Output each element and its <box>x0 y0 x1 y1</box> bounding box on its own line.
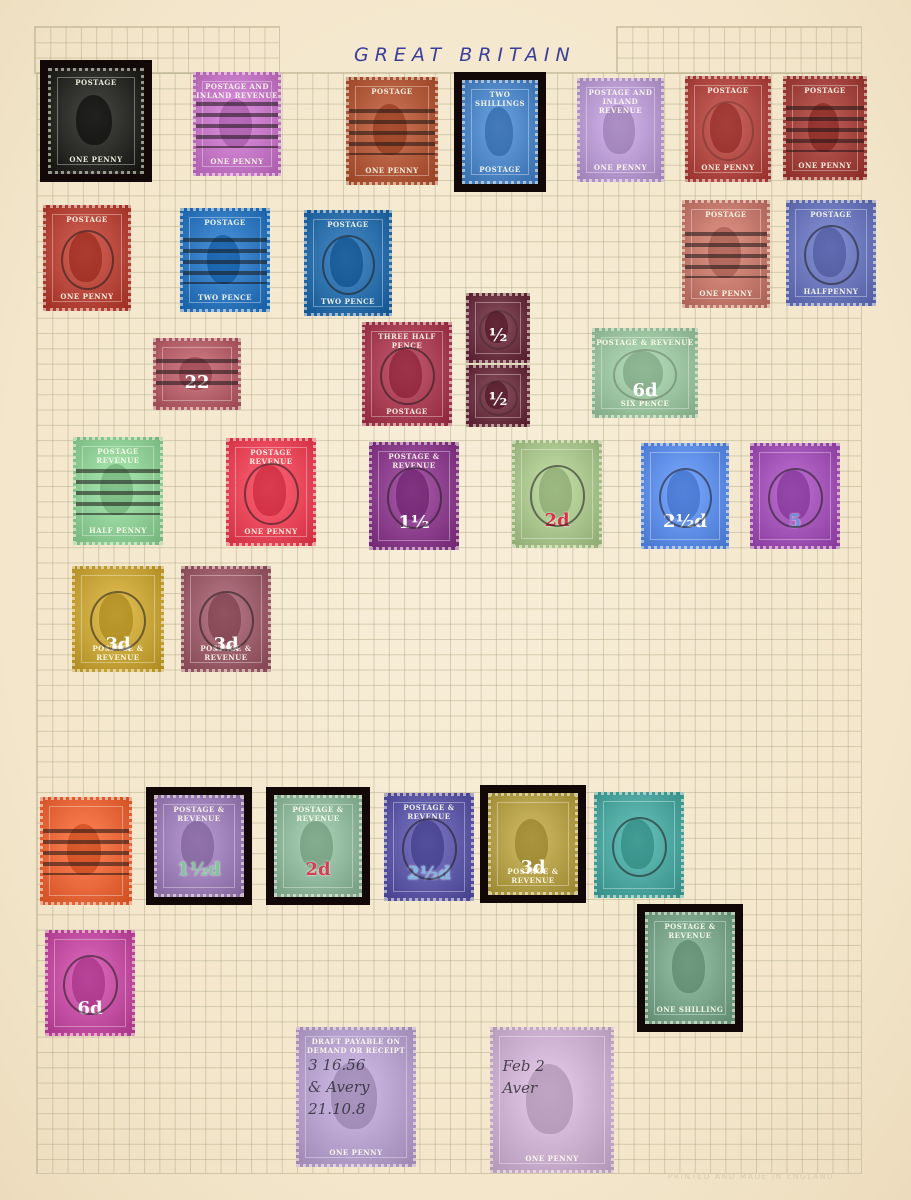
stamp-bottom-label: ONE PENNY <box>349 166 435 175</box>
stamp-top-label: POSTAGE <box>183 218 267 227</box>
stamp-bottom-label: TWO PENCE <box>307 297 389 306</box>
manuscript-cancel: 3 16.56 & Avery 21.10.8 <box>308 1054 369 1120</box>
bar-cancel-icon <box>685 232 767 279</box>
stamp-top-label: POSTAGE & REVENUE <box>595 338 695 347</box>
stamp[interactable]: POSTAGE REVENUEONE PENNY <box>226 438 316 546</box>
stamp-bottom-label: ONE PENNY <box>46 292 128 301</box>
stamp-bottom-label: ONE PENNY <box>786 161 864 170</box>
bar-cancel-icon <box>76 469 160 516</box>
stamp[interactable]: POSTAGE & REVENUE2d <box>274 795 362 897</box>
portrait-icon <box>485 107 513 156</box>
stamp[interactable]: ½ <box>466 293 530 363</box>
stamp-top-label: POSTAGE & REVENUE <box>277 805 359 823</box>
postmark-icon <box>63 955 117 1015</box>
postmark-icon <box>613 349 677 400</box>
postmark-icon <box>804 225 858 285</box>
stamp-top-label: POSTAGE & REVENUE <box>157 805 241 823</box>
stamp-top-label: POSTAGE <box>685 210 767 219</box>
stamp[interactable]: POSTAGEONE PENNY <box>682 200 770 308</box>
stamp-top-label: DRAFT PAYABLE ON DEMAND OR RECEIPT <box>299 1037 413 1055</box>
stamp[interactable]: ½ <box>466 365 530 427</box>
stamp[interactable]: POSTAGE AND INLAND REVENUEONE PENNY <box>193 72 281 176</box>
postmark-icon <box>199 591 253 651</box>
stamp-bottom-label: ONE PENNY <box>229 527 313 536</box>
bar-cancel-icon <box>43 829 129 876</box>
stamp[interactable]: 2½d <box>641 443 729 549</box>
stamp-value: 2d <box>277 859 359 880</box>
stamp-value: 1½d <box>157 859 241 880</box>
stamp[interactable]: POSTAGE & REVENUE1½ <box>369 442 459 550</box>
stamp-top-label: TWO SHILLINGS <box>465 90 535 108</box>
stamp[interactable]: 2d <box>512 440 602 548</box>
stamp[interactable]: POSTAGEONE PENNY <box>685 76 771 182</box>
portrait-icon <box>672 940 706 993</box>
stamp[interactable]: 3dPOSTAGE & REVENUE <box>488 793 578 895</box>
stamp-bottom-label: ONE PENNY <box>685 289 767 298</box>
grid-top-right <box>616 26 862 74</box>
portrait-icon <box>76 95 112 145</box>
postmark-icon <box>90 591 146 651</box>
stamp-top-label: POSTAGE <box>786 86 864 95</box>
stamp[interactable]: POSTAGE & REVENUE2½d <box>384 793 474 901</box>
stamp[interactable]: POSTAGE & REVENUE6dSIX PENCE <box>592 328 698 418</box>
stamp[interactable]: 3dPOSTAGE & REVENUE <box>72 566 164 672</box>
stamp[interactable]: POSTAGEONE PENNY <box>783 76 867 180</box>
postmark-icon <box>530 465 584 526</box>
stamp[interactable]: POSTAGEHALFPENNY <box>786 200 876 306</box>
postmark-icon <box>387 467 441 528</box>
imprint-text: PRINTED AND MADE IN ENGLAND <box>668 1172 834 1181</box>
postmark-icon <box>612 817 666 877</box>
stamp-top-label: POSTAGE <box>789 210 873 219</box>
stamp[interactable]: POSTAGETWO PENCE <box>180 208 270 312</box>
stamp[interactable]: POSTAGE & REVENUE1½d <box>154 795 244 897</box>
postmark-icon <box>380 347 434 406</box>
postmark-icon <box>659 468 712 528</box>
stamp-bottom-label: TWO PENCE <box>183 293 267 302</box>
stamp[interactable]: THREE HALF PENCEPOSTAGE <box>362 322 452 426</box>
postmark-icon <box>61 230 114 290</box>
stamp-top-label: POSTAGE <box>349 87 435 96</box>
bar-cancel-icon <box>156 359 238 389</box>
stamp[interactable]: TWO SHILLINGSPOSTAGE <box>462 80 538 184</box>
stamp-bottom-label: POSTAGE & REVENUE <box>491 867 575 885</box>
stamp[interactable]: POSTAGEONE PENNY <box>48 68 144 174</box>
stamp-top-label: POSTAGE <box>46 215 128 224</box>
stamp-bottom-label: ONE PENNY <box>51 155 141 164</box>
postmark-icon <box>244 463 298 524</box>
stamp-bottom-label: ONE SHILLING <box>648 1005 732 1014</box>
postmark-icon <box>768 468 822 528</box>
bar-cancel-icon <box>183 238 267 283</box>
stamp-bottom-label: ONE PENNY <box>493 1154 611 1163</box>
stamp[interactable]: POSTAGE AND INLAND REVENUEONE PENNY <box>577 78 664 182</box>
bar-cancel-icon <box>349 109 435 156</box>
stamp[interactable]: ONE PENNYFeb 2 Aver <box>490 1027 614 1173</box>
stamp-bottom-label: HALF PENNY <box>76 526 160 535</box>
stamp[interactable]: POSTAGETWO PENCE <box>304 210 392 316</box>
stamp[interactable]: 5 <box>750 443 840 549</box>
stamp[interactable] <box>40 797 132 905</box>
stamp-bottom-label: POSTAGE <box>465 165 535 174</box>
stamp-top-label: POSTAGE & REVENUE <box>648 922 732 940</box>
stamp[interactable]: POSTAGEONE PENNY <box>346 77 438 185</box>
stamp-top-label: POSTAGE AND INLAND REVENUE <box>196 82 278 100</box>
postmark-icon <box>479 310 518 350</box>
stamp-top-label: POSTAGE <box>51 78 141 87</box>
stamp[interactable]: 6d <box>45 930 135 1036</box>
stamp[interactable] <box>594 792 684 898</box>
postmark-icon <box>402 818 456 879</box>
stamp-bottom-label: POSTAGE <box>365 407 449 416</box>
manuscript-cancel: Feb 2 Aver <box>502 1055 544 1099</box>
stamp-bottom-label: HALFPENNY <box>789 287 873 296</box>
stamp-top-label: POSTAGE REVENUE <box>76 447 160 465</box>
stamp-top-label: POSTAGE <box>688 86 768 95</box>
stamp[interactable]: POSTAGE & REVENUEONE SHILLING <box>645 912 735 1024</box>
bar-cancel-icon <box>786 106 864 151</box>
stamp[interactable]: 3dPOSTAGE & REVENUE <box>181 566 271 672</box>
stamp-bottom-label: ONE PENNY <box>580 163 661 172</box>
stamp-bottom-label: ONE PENNY <box>688 163 768 172</box>
bar-cancel-icon <box>196 102 278 147</box>
stamp[interactable]: POSTAGEONE PENNY <box>43 205 131 311</box>
stamp-bottom-label: ONE PENNY <box>299 1148 413 1157</box>
stamp[interactable]: 22 <box>153 338 241 410</box>
postmark-icon <box>479 380 518 415</box>
page-title: GREAT BRITAIN <box>354 44 576 66</box>
stamp-bottom-label: ONE PENNY <box>196 157 278 166</box>
stamp[interactable]: DRAFT PAYABLE ON DEMAND OR RECEIPTONE PE… <box>296 1027 416 1167</box>
stamp-top-label: POSTAGE AND INLAND REVENUE <box>580 88 661 115</box>
stamp-top-label: POSTAGE <box>307 220 389 229</box>
stamp[interactable]: POSTAGE REVENUEHALF PENNY <box>73 437 163 545</box>
album-page: GREAT BRITAIN PRINTED AND MADE IN ENGLAN… <box>0 0 911 1200</box>
postmark-icon <box>322 235 375 295</box>
